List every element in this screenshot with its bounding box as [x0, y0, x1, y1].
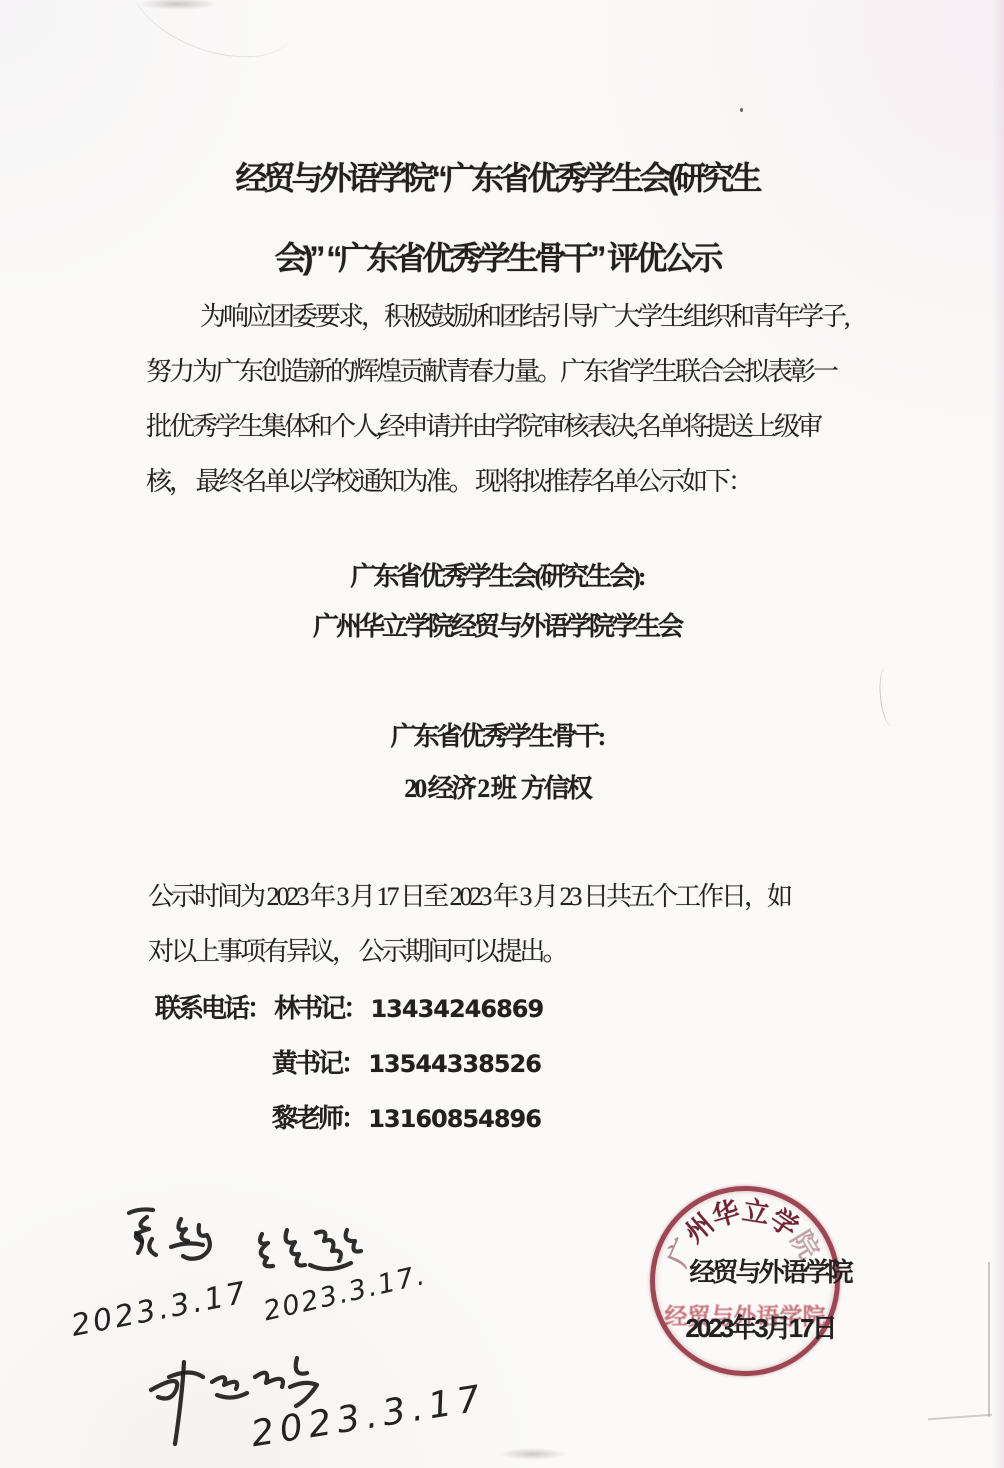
contact-line-3: 黎老师： 13160854896 [272, 1102, 541, 1136]
publicity-period-line-1: 公示时间为 2023 年 3 月 17 日至 2023 年 3 月 23 日共五… [148, 880, 790, 914]
contact-label: 联系电话： [155, 993, 274, 1023]
paragraph-1-line-4: 核， 最终名单以学校通知为准。 现将拟推荐名单公示如下： [146, 465, 751, 499]
contact-line-1: 联系电话： 林书记： 13434246869 [155, 992, 543, 1026]
paragraph-1-line-2: 努力为广东创造新的辉煌贡献青春力量。广东省学生联合会拟表彰一 [146, 355, 836, 389]
signature-1-ink [115, 1203, 225, 1281]
signature-1-li-jie [115, 1203, 225, 1286]
contact-2-phone: 13544338526 [368, 1050, 541, 1078]
paper-crease-bottom-right-diagonal [928, 1414, 992, 1420]
paragraph-1-line-1: 为响应团委要求，积极鼓励和团结引导广大学生组织和青年学子, [200, 300, 848, 334]
signoff-department: 经贸与外语学院 [660, 1256, 880, 1290]
paper-smudge-bottom [498, 1448, 568, 1460]
paper-crease-bottom-right-vertical [988, 1262, 990, 1417]
contact-3-name: 黎老师： [272, 1103, 368, 1133]
paper-crease-top-left [118, 0, 309, 77]
award-1-recipient: 广州华立学院经贸与外语学院学生会 [0, 610, 994, 644]
contact-1-name: 林书记： [274, 993, 370, 1023]
contact-3-phone: 13160854896 [368, 1105, 541, 1133]
paper-smudge-top [138, 0, 218, 10]
signoff-date: 2023年3月17日 [655, 1312, 865, 1346]
paper-speck [740, 108, 743, 112]
document-title-line-1: 经贸与外语学院“广东省优秀学生会(研究生 [0, 158, 994, 200]
award-2-heading: 广东省优秀学生骨干: [0, 720, 994, 754]
paragraph-1-line-3: 批优秀学生集体和个人,经申请并由学院审核表决,名单将提送上级审 [146, 410, 820, 444]
contact-line-2: 黄书记： 13544338526 [272, 1047, 541, 1081]
scanned-document-page: 经贸与外语学院“广东省优秀学生会(研究生 会)” “广东省优秀学生骨干” 评优公… [0, 0, 1004, 1468]
paper-crease-mid-right [877, 667, 900, 726]
publicity-period-line-2: 对以上事项有异议， 公示期间可以提出。 [148, 935, 566, 969]
contact-2-name: 黄书记： [272, 1048, 368, 1078]
document-title-line-2: 会)” “广东省优秀学生骨干” 评优公示 [0, 238, 994, 280]
contact-1-phone: 13434246869 [370, 995, 543, 1023]
award-2-recipient: 20 经济 2 班 方信权 [0, 772, 994, 806]
award-1-heading: 广东省优秀学生会(研究生会): [0, 560, 994, 594]
